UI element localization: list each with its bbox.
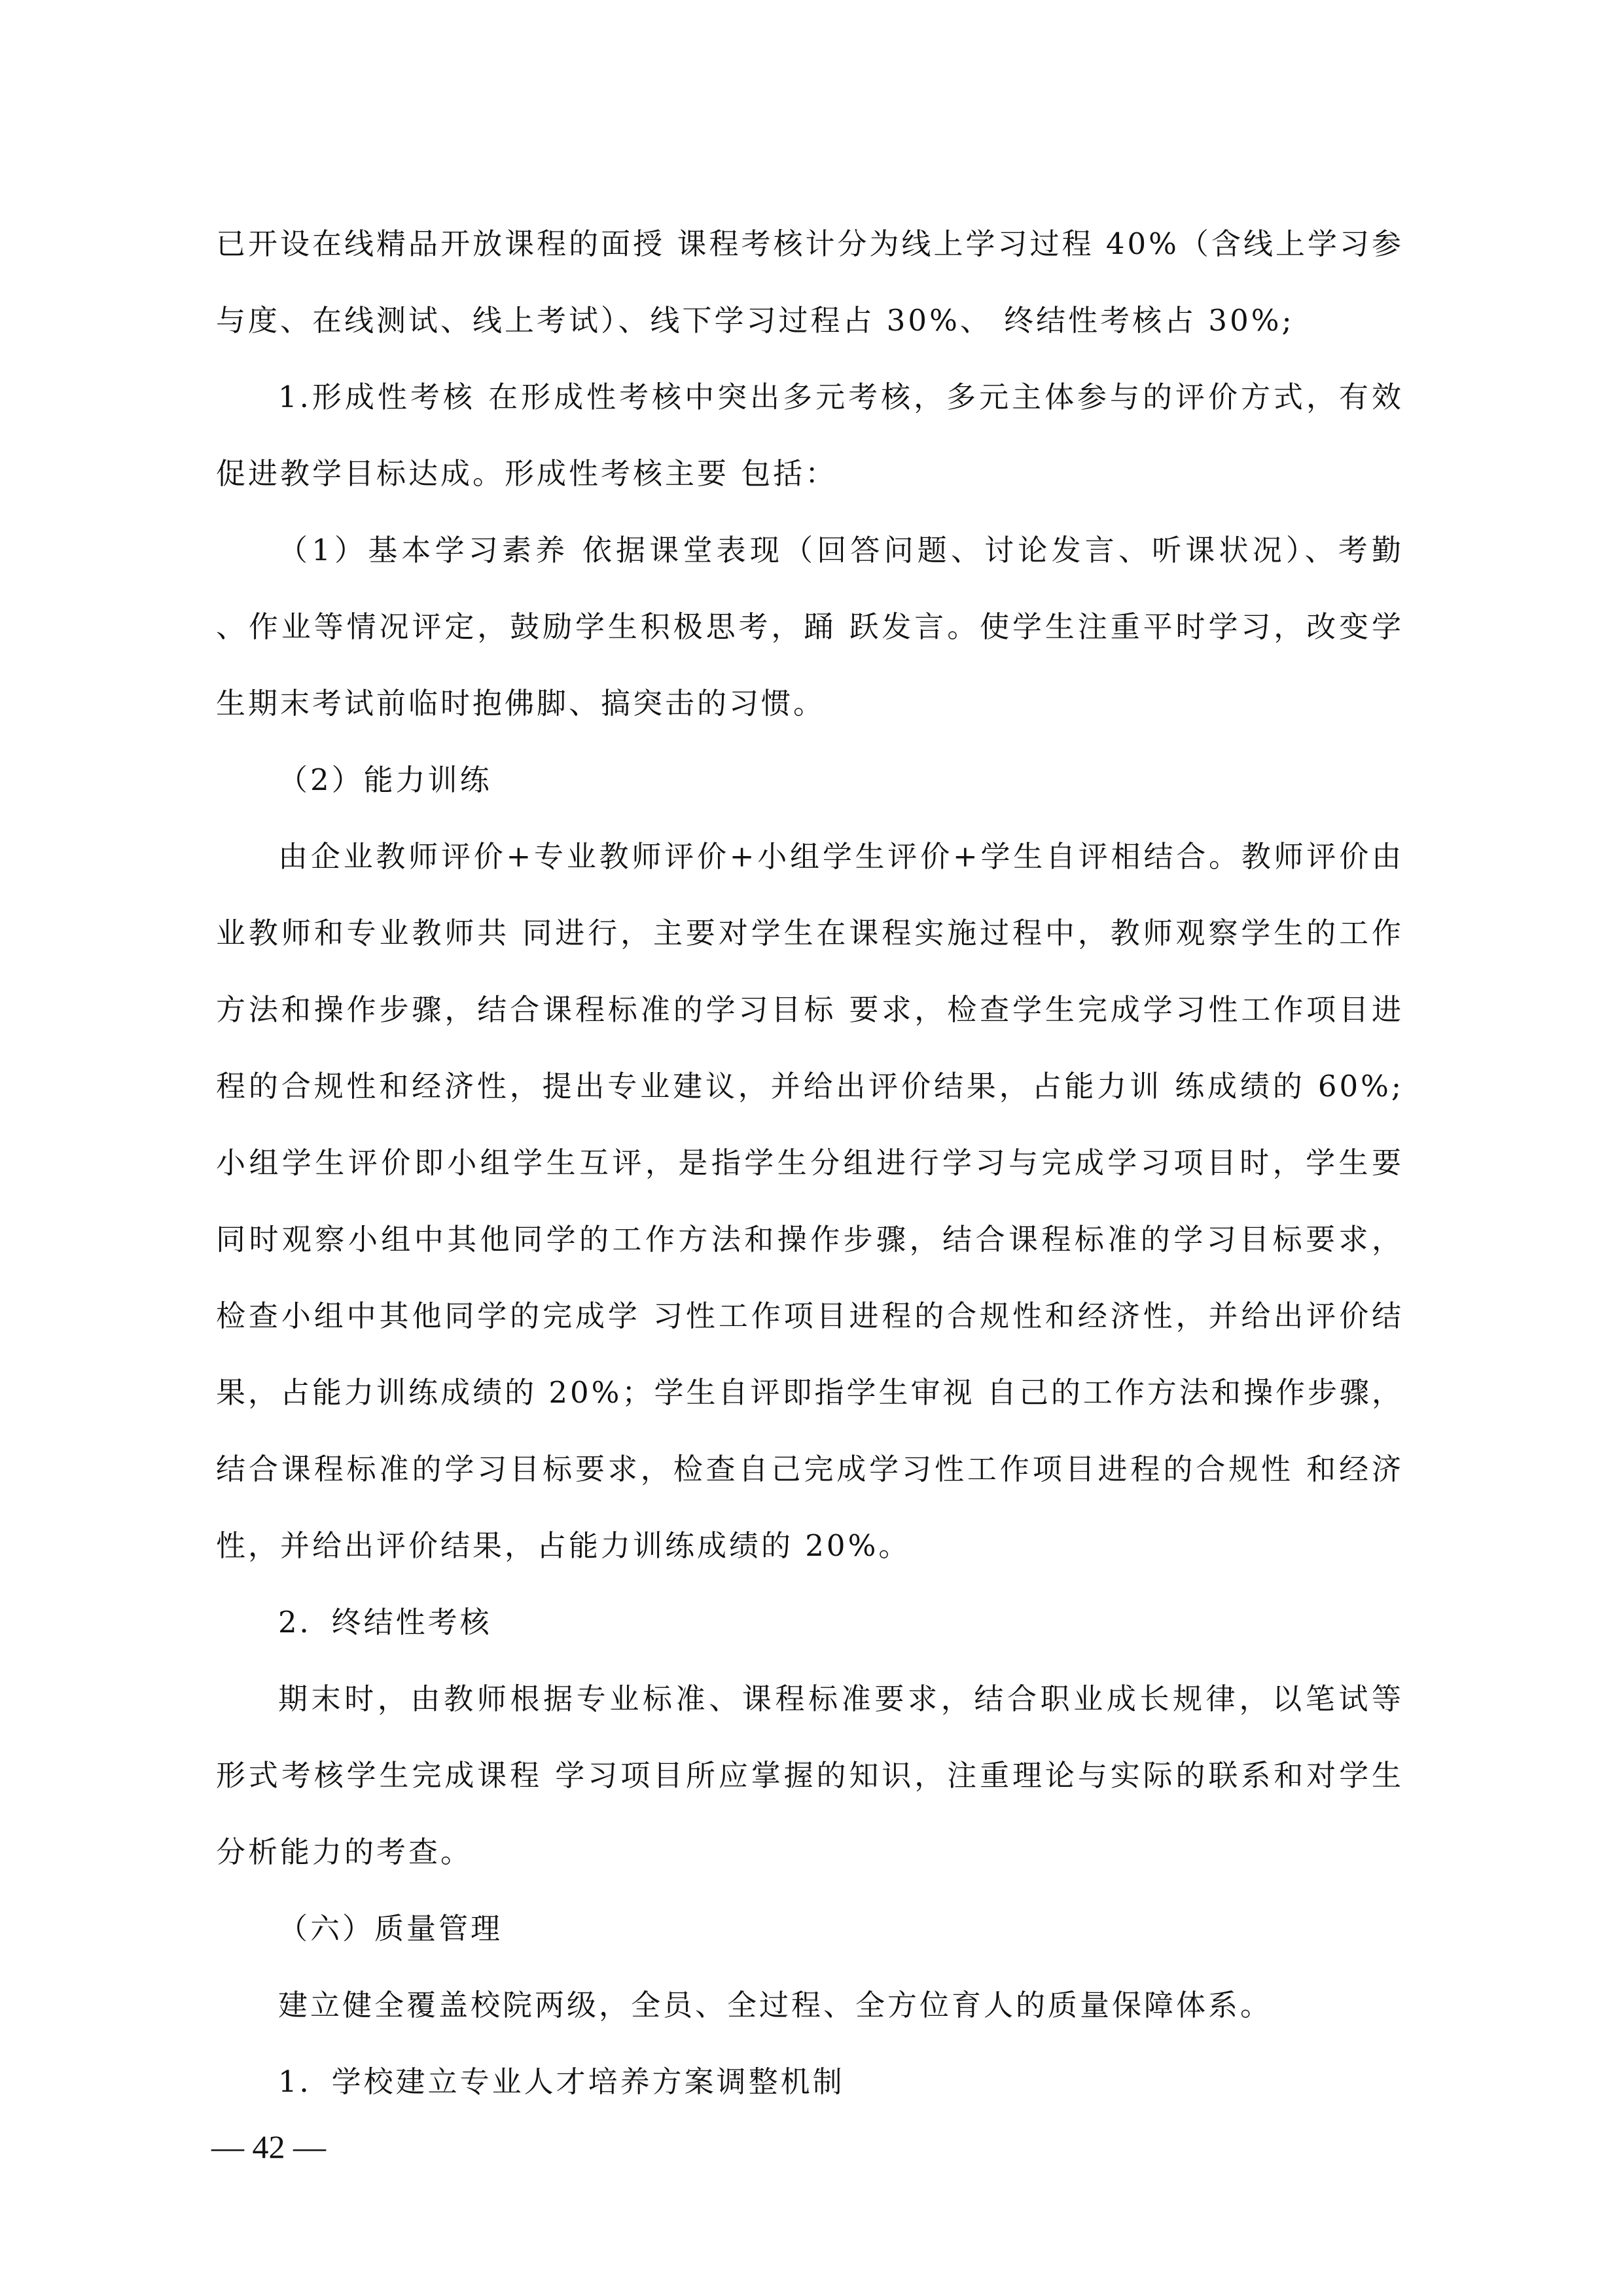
paragraph-line-evaluation-1: 由企业教师评价+专业教师评价+小组学生评价+学生自评相结合。教师评价由企: [278, 837, 1404, 876]
heading-quality-management: （六）质量管理: [278, 1909, 1404, 1948]
paragraph-line-summative-3: 分析能力的考查。: [216, 1833, 1404, 1872]
paragraph-line-evaluation-4: 程的合规性和经济性，提出专业建议，并给出评价结果，占能力训 练成绩的 60%;: [216, 1067, 1404, 1106]
paragraph-line-evaluation-7: 检查小组中其他同学的完成学 习性工作项目进程的合规性和经济性，并给出评价结: [216, 1297, 1404, 1336]
heading-training-plan-mechanism: 1．学校建立专业人才培养方案调整机制: [278, 2062, 1404, 2102]
paragraph-line-online-course-weighting: 已开设在线精品开放课程的面授 课程考核计分为线上学习过程 40%（含线上学习参: [216, 224, 1404, 264]
paragraph-line-basic-literacy-3: 生期末考试前临时抱佛脚、搞突击的习惯。: [216, 684, 1404, 723]
paragraph-line-evaluation-3: 方法和操作步骤，结合课程标准的学习目标 要求，检查学生完成学习性工作项目进: [216, 990, 1404, 1030]
paragraph-line-basic-literacy-2: 、作业等情况评定，鼓励学生积极思考，踊 跃发言。使学生注重平时学习，改变学: [216, 607, 1404, 647]
page-number: — 42 —: [211, 2127, 326, 2166]
item-basic-literacy: （1）基本学习素养 依据课堂表现（回答问题、讨论发言、听课状况）、考勤: [278, 531, 1404, 570]
paragraph-line-evaluation-2: 业教师和专业教师共 同进行，主要对学生在课程实施过程中，教师观察学生的工作: [216, 914, 1404, 953]
item-ability-training: （2）能力训练: [278, 761, 1404, 800]
paragraph-line-evaluation-9: 结合课程标准的学习目标要求，检查自己完成学习性工作项目进程的合规性 和经济: [216, 1450, 1404, 1489]
paragraph-line-summative-1: 期末时，由教师根据专业标准、课程标准要求，结合职业成长规律，以笔试等: [278, 1679, 1404, 1719]
heading-formative-assessment: 1.形成性考核 在形成性考核中突出多元考核，多元主体参与的评价方式，有效: [278, 378, 1404, 417]
paragraph-line-evaluation-10: 性，并给出评价结果，占能力训练成绩的 20%。: [216, 1526, 1404, 1566]
paragraph-line-evaluation-8: 果，占能力训练成绩的 20%；学生自评即指学生审视 自己的工作方法和操作步骤，: [216, 1373, 1404, 1412]
paragraph-line-evaluation-5: 小组学生评价即小组学生互评，是指学生分组进行学习与完成学习项目时，学生要: [216, 1143, 1404, 1183]
paragraph-line-evaluation-6: 同时观察小组中其他同学的工作方法和操作步骤，结合课程标准的学习目标要求，: [216, 1220, 1404, 1259]
paragraph-quality-system: 建立健全覆盖校院两级，全员、全过程、全方位育人的质量保障体系。: [278, 1986, 1404, 2025]
paragraph-line-summative-2: 形式考核学生完成课程 学习项目所应掌握的知识，注重理论与实际的联系和对学生: [216, 1756, 1404, 1795]
heading-summative-assessment: 2．终结性考核: [278, 1603, 1404, 1642]
paragraph-line-weighting-continued: 与度、在线测试、线上考试）、线下学习过程占 30%、 终结性考核占 30%;: [216, 301, 1404, 340]
paragraph-line-formative-continued: 促进教学目标达成。形成性考核主要 包括：: [216, 454, 1404, 493]
document-page: 已开设在线精品开放课程的面授 课程考核计分为线上学习过程 40%（含线上学习参 …: [0, 0, 1623, 2296]
